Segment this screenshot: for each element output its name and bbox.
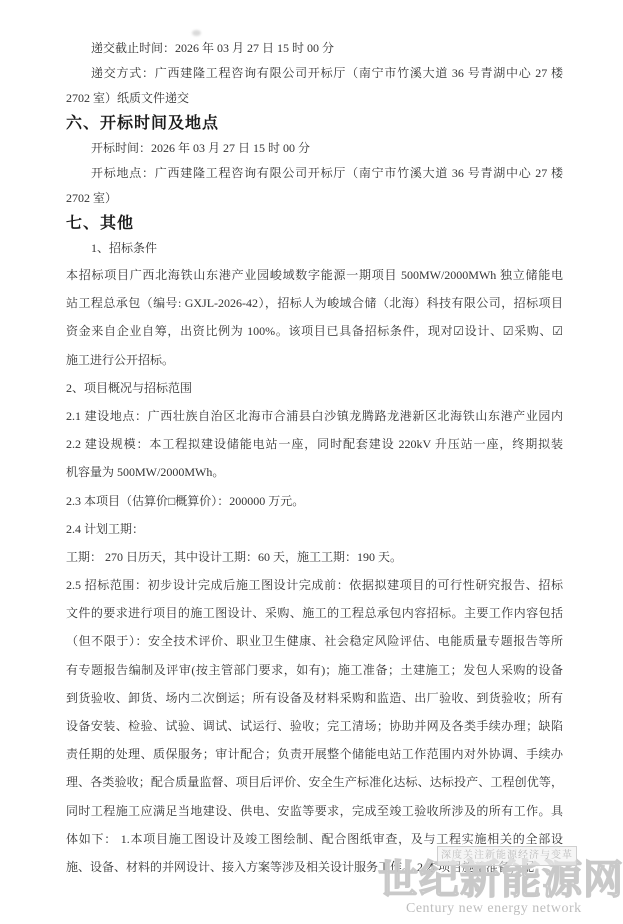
bid-conditions-line-4: 施工进行公开招标。: [66, 346, 563, 374]
scanned-document-page: 递交截止时间：2026 年 03 月 27 日 15 时 00 分 递交方式：广…: [0, 0, 623, 924]
bid-scope-line-2: 文件的要求进行项目的施工图设计、采购、施工的工程总承包内容招标。主要工作内容包括: [66, 599, 563, 627]
bid-scope-line-9: 同时工程施工应满足当地建设、供电、安监等要求，完成至竣工验收所涉及的所有工作。具: [66, 797, 563, 825]
bid-scope-line-3: （但不限于）：安全技术评价、职业卫生健康、社会稳定风险评估、电能质量专题报告等所: [66, 627, 563, 655]
heading-bid-opening-time-place: 六、开标时间及地点: [66, 111, 563, 136]
construction-scale-line: 2.2 建设规模：本工程拟建设储能电站一座，同时配套建设 220kV 升压站一座…: [66, 430, 563, 458]
bid-scope-line-1: 2.5 招标范围：初步设计完成后施工图设计完成前：依据拟建项目的可行性研究报告、…: [66, 571, 563, 599]
bid-conditions-line-3: 资金来自企业自筹，出资比例为 100%。该项目已具备招标条件，现对☑设计、☑采购…: [66, 317, 563, 345]
planned-schedule-detail-line: 工期： 270 日历天，其中设计工期：60 天，施工工期：190 天。: [66, 543, 563, 571]
bid-scope-line-8: 理、各类验收；配合质量监督、项目后评价、安全生产标准化达标、达标投产、工程创优等…: [66, 768, 563, 796]
bid-conditions-line-1: 本招标项目广西北海铁山东港产业园峻域数字能源一期项目 500MW/2000MWh…: [66, 261, 563, 289]
bid-scope-line-4: 有专题报告编制及评审(按主管部门要求，如有)；施工准备；土建施工；发包人采购的设…: [66, 656, 563, 684]
construction-site-line: 2.1 建设地点：广西壮族自治区北海市合浦县白沙镇龙腾路龙港新区北海铁山东港产业…: [66, 402, 563, 430]
subheading-project-overview: 2、项目概况与招标范围: [66, 374, 563, 402]
bid-opening-time-line: 开标时间：2026 年 03 月 27 日 15 时 00 分: [66, 136, 563, 161]
subheading-bid-conditions: 1、招标条件: [66, 236, 563, 261]
construction-scale-cont-line: 机容量为 500MW/2000MWh。: [66, 458, 563, 486]
planned-schedule-label-line: 2.4 计划工期：: [66, 515, 563, 543]
project-estimate-line: 2.3 本项目（估算价□概算价）：200000 万元。: [66, 487, 563, 515]
submission-method-cont-line: 2702 室）纸质文件递交: [66, 86, 563, 111]
submission-method-line: 递交方式：广西建隆工程咨询有限公司开标厅（南宁市竹溪大道 36 号青湖中心 27…: [66, 61, 563, 86]
document-body: 递交截止时间：2026 年 03 月 27 日 15 时 00 分 递交方式：广…: [66, 36, 563, 881]
bid-scope-line-5: 到货验收、卸货、场内二次倒运；所有设备及材料采购和监造、出厂验收、到货验收；所有: [66, 684, 563, 712]
submission-deadline-line: 递交截止时间：2026 年 03 月 27 日 15 时 00 分: [66, 36, 563, 61]
bid-scope-line-7: 责任期的处理、质保服务；审计配合；负责开展整个储能电站工作范围内对外协调、手续办: [66, 740, 563, 768]
watermark-slogan: 深度关注新能源经济与变革: [437, 846, 577, 866]
bid-opening-place-cont-line: 2702 室）: [66, 186, 563, 211]
watermark-english: Century new energy network: [406, 901, 582, 917]
bid-scope-line-6: 设备安装、检验、试验、调试、试运行、验收；完工清场；协助并网及各类手续办理；缺陷: [66, 712, 563, 740]
bid-conditions-line-2: 站工程总承包（编号: GXJL-2026-42），招标人为峻域合储（北海）科技有…: [66, 289, 563, 317]
heading-others: 七、其他: [66, 211, 563, 236]
bid-opening-place-line: 开标地点：广西建隆工程咨询有限公司开标厅（南宁市竹溪大道 36 号青湖中心 27…: [66, 161, 563, 186]
